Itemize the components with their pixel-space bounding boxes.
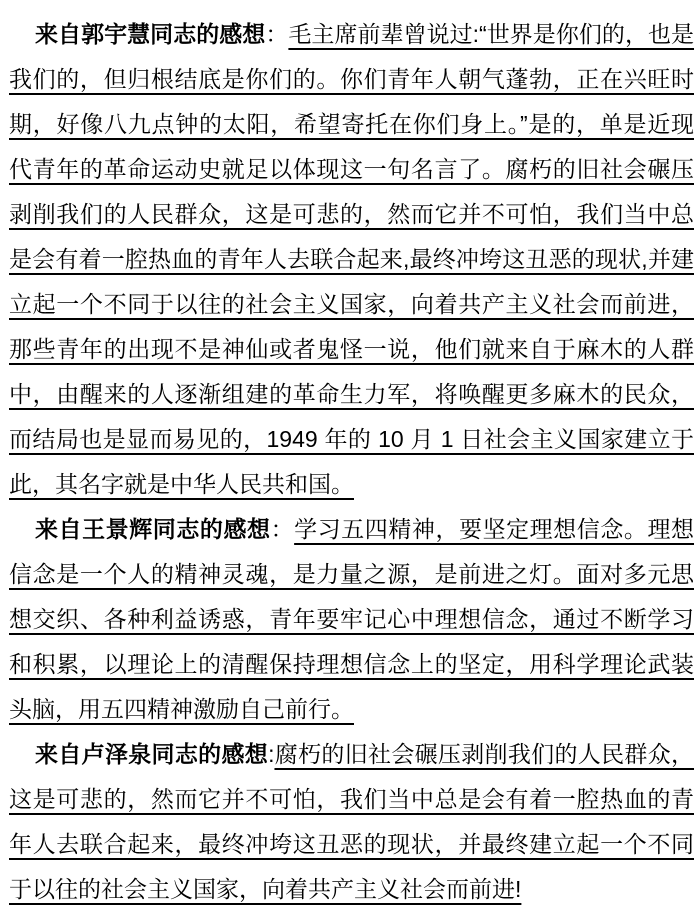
reflection-paragraph-lu-zequan: 来自卢泽泉同志的感想:腐朽的旧社会碾压剥削我们的人民群众，这是可悲的，然而它并不… [9, 732, 694, 912]
reflection-paragraph-wang-jinghui: 来自王景辉同志的感想：学习五四精神，要坚定理想信念。理想信念是一个人的精神灵魂，… [9, 507, 694, 732]
colon-separator: ： [271, 516, 295, 542]
author-label: 来自王景辉同志的感想 [35, 516, 271, 542]
colon-separator: ： [265, 21, 288, 47]
author-label: 来自郭宇慧同志的感想 [35, 21, 265, 47]
document-page: 来自郭宇慧同志的感想：毛主席前辈曾说过:“世界是你们的，也是我们的，但归根结底是… [9, 12, 694, 912]
author-label: 来自卢泽泉同志的感想 [35, 741, 268, 767]
reflection-paragraph-guo-yuhui: 来自郭宇慧同志的感想：毛主席前辈曾说过:“世界是你们的，也是我们的，但归根结底是… [9, 12, 694, 507]
reflection-text: 学习五四精神，要坚定理想信念。理想信念是一个人的精神灵魂，是力量之源，是前进之灯… [9, 516, 694, 722]
reflection-text: 毛主席前辈曾说过:“世界是你们的，也是我们的，但归根结底是你们的。你们青年人朝气… [9, 21, 694, 497]
